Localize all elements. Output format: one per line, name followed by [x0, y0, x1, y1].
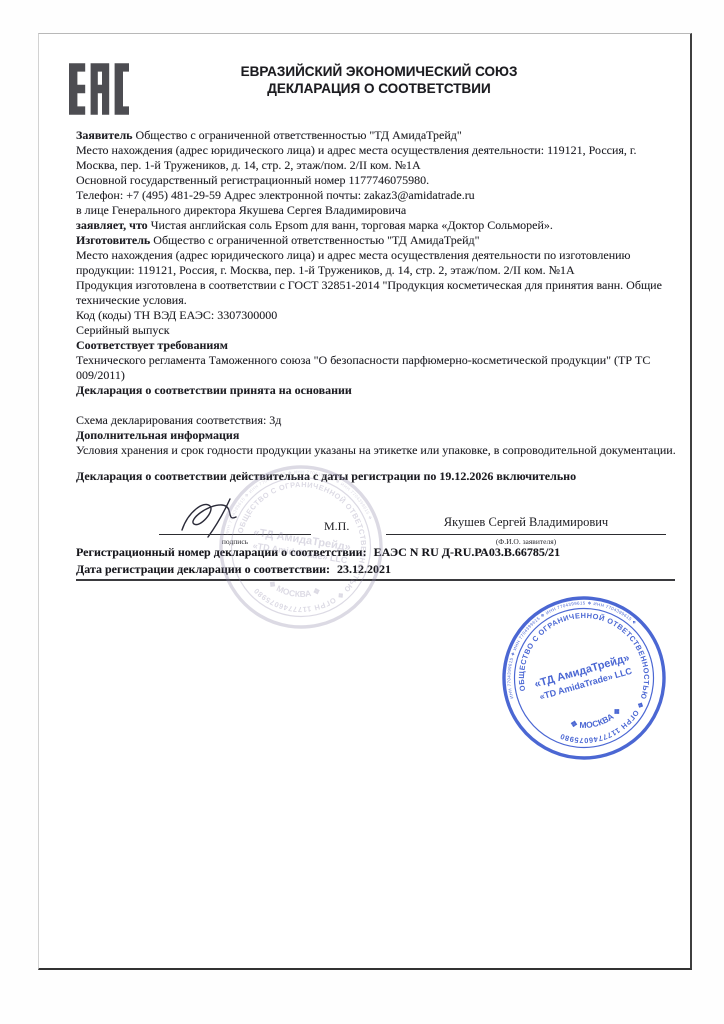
ogrn-line: Основной государственный регистрационный… — [76, 173, 676, 188]
storage-conditions-line: Условия хранения и срок годности продукц… — [76, 443, 676, 458]
manufacturer-paragraph: Изготовитель Общество с ограниченной отв… — [76, 233, 676, 248]
applicant-paragraph: Заявитель Общество с ограниченной ответс… — [76, 128, 676, 143]
document-title: ЕВРАЗИЙСКИЙ ЭКОНОМИЧЕСКИЙ СОЮЗ ДЕКЛАРАЦИ… — [179, 63, 579, 97]
additional-info-heading: Дополнительная информация — [76, 428, 676, 443]
director-line: в лице Генерального директора Якушева Се… — [76, 203, 676, 218]
serial-issue-line: Серийный выпуск — [76, 323, 676, 338]
document-body: Заявитель Общество с ограниченной ответс… — [76, 128, 676, 484]
scanned-document-canvas: ЕВРАЗИЙСКИЙ ЭКОНОМИЧЕСКИЙ СОЮЗ ДЕКЛАРАЦИ… — [0, 0, 724, 1024]
title-union: ЕВРАЗИЙСКИЙ ЭКОНОМИЧЕСКИЙ СОЮЗ — [179, 63, 579, 80]
manufacturer-address: Место нахождения (адрес юридического лиц… — [76, 248, 676, 278]
registration-number-value: ЕАЭС N RU Д-RU.РА03.В.66785/21 — [374, 545, 561, 559]
eac-mark-icon — [69, 61, 129, 117]
declaration-scheme-line: Схема декларирования соответствия: 3д — [76, 413, 676, 428]
product-declaration-line: заявляет, что Чистая английская соль Eps… — [76, 218, 676, 233]
accepted-basis-heading: Декларация о соответствии принята на осн… — [76, 383, 676, 398]
company-stamp-faint — [204, 450, 399, 645]
technical-regulation-line: Технического регламента Таможенного союз… — [76, 353, 676, 383]
name-line — [386, 534, 666, 535]
phone-email-line: Телефон: +7 (495) 481-29-59 Адрес электр… — [76, 188, 676, 203]
company-stamp-blue — [479, 573, 689, 783]
gost-line: Продукция изготовлена в соответствии с Г… — [76, 278, 676, 308]
applicant-address: Место нахождения (адрес юридического лиц… — [76, 143, 676, 173]
title-declaration: ДЕКЛАРАЦИЯ О СООТВЕТСТВИИ — [179, 80, 579, 97]
complies-heading: Соответствует требованиям — [76, 338, 676, 353]
applicant-name: Якушев Сергей Владимирович — [386, 515, 666, 530]
declaration-page: ЕВРАЗИЙСКИЙ ЭКОНОМИЧЕСКИЙ СОЮЗ ДЕКЛАРАЦИ… — [38, 33, 692, 970]
tnved-code-line: Код (коды) ТН ВЭД ЕАЭС: 3307300000 — [76, 308, 676, 323]
